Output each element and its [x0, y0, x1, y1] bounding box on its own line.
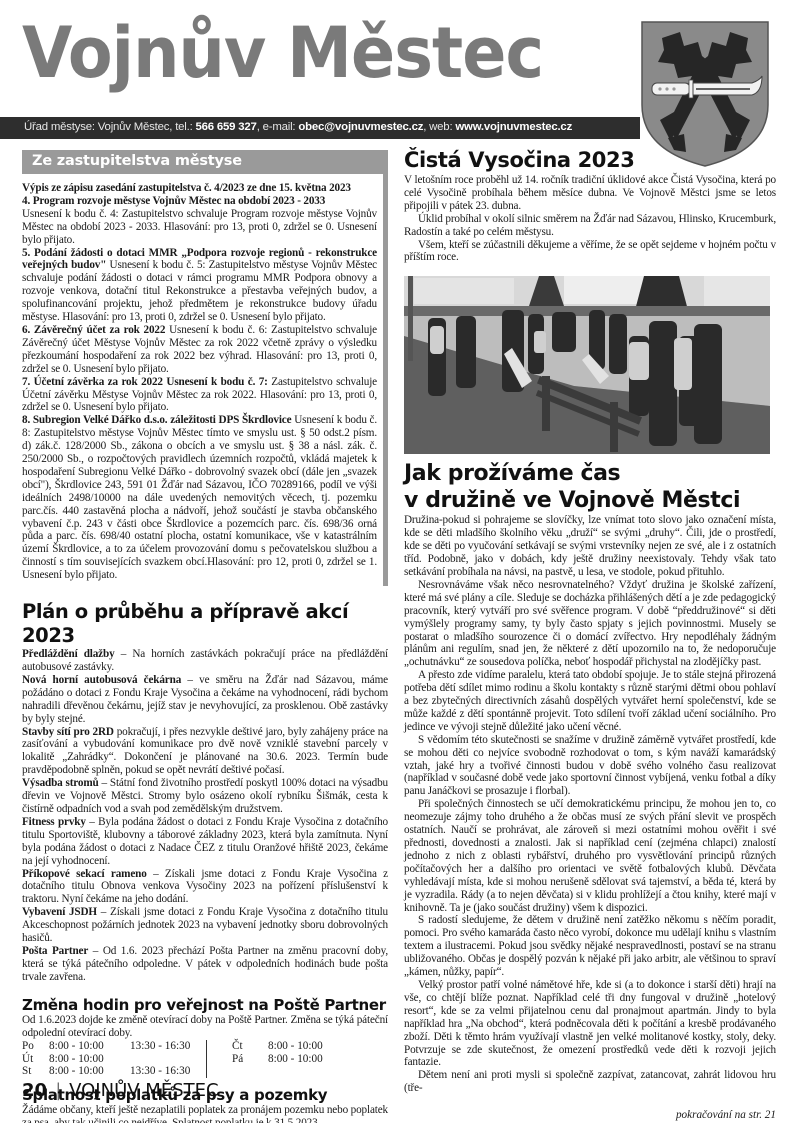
photo-image	[404, 276, 770, 454]
plan-heading: Plán o průběhu a přípravě akcí 2023	[22, 600, 388, 648]
hours-row: Čt8:00 - 10:00	[232, 1040, 323, 1053]
email-link[interactable]: obec@vojnuvmestec.cz	[298, 121, 423, 133]
opening-hours-table: Po8:00 - 10:0013:30 - 16:30 Út8:00 - 10:…	[22, 1040, 388, 1078]
hours-day: Po	[22, 1040, 49, 1053]
plan-item: Vybavení JSDH – Získali jsme dotaci z Fo…	[22, 906, 388, 945]
posta-text: Od 1.6.2023 dojde ke změně otevírací dob…	[22, 1014, 388, 1040]
left-column: Ze zastupitelstva městyse Výpis ze zápis…	[22, 150, 388, 1123]
hours-right: Čt8:00 - 10:00 Pá8:00 - 10:00	[207, 1040, 323, 1078]
druzina-heading-line2: v družině ve Vojnově Městci	[404, 487, 776, 514]
hours-left: Po8:00 - 10:0013:30 - 16:30 Út8:00 - 10:…	[22, 1040, 207, 1078]
hours-row: Út8:00 - 10:00	[22, 1053, 202, 1066]
plan-item-title: Vybavení JSDH	[22, 906, 97, 918]
hours-row: Pá8:00 - 10:00	[232, 1053, 323, 1066]
plan-body: Předláždění dlažby – Na horních zastávká…	[22, 648, 388, 984]
council-body: Výpis ze zápisu zasedání zastupitelstva …	[22, 174, 377, 582]
druzina-heading-line1: Jak prožíváme čas	[404, 460, 776, 487]
council-item: 5. Podání žádosti o dotaci MMR „Podpora …	[22, 247, 377, 324]
council-item: 6. Závěrečný účet za rok 2022 Usnesení k…	[22, 324, 377, 376]
hours-pm: 13:30 - 16:30	[130, 1065, 190, 1078]
hours-am: 8:00 - 10:00	[49, 1040, 118, 1053]
cista-body: V letošním roce proběhl už 14. ročník tr…	[404, 174, 776, 264]
druzina-paragraph: Nesrovnáváme však něco nesrovnatelného? …	[404, 579, 776, 669]
hours-am: 8:00 - 10:00	[268, 1053, 323, 1066]
council-item-title: 8. Subregion Velké Dářko d.s.o. záležito…	[22, 414, 291, 426]
web-link[interactable]: www.vojnuvmestec.cz	[455, 121, 572, 133]
council-item: 7. Účetní závěrka za rok 2022 Usnesení k…	[22, 376, 377, 415]
plan-item: Pošta Partner – Od 1.6. 2023 přechází Po…	[22, 945, 388, 984]
druzina-heading: Jak prožíváme čas v družině ve Vojnově M…	[404, 460, 776, 514]
contact-info-bar: Úřad městyse: Vojnův Městec, tel.: 566 6…	[0, 117, 640, 139]
druzina-paragraph: Družina-pokud si pohrajeme se slovíčky, …	[404, 514, 776, 579]
hours-am: 8:00 - 10:00	[268, 1040, 323, 1053]
cista-paragraph: Všem, kteří se zúčastnili děkujeme a věř…	[404, 239, 776, 265]
druzina-body: Družina-pokud si pohrajeme se slovíčky, …	[404, 514, 776, 1095]
continued-on-page: pokračování na str. 21	[404, 1109, 776, 1121]
plan-item: Nová horní autobusová čekárna – ve směru…	[22, 674, 388, 726]
council-intro: Výpis ze zápisu zasedání zastupitelstva …	[22, 182, 351, 194]
footer-separator: |	[55, 1080, 61, 1101]
hours-day: Út	[22, 1053, 49, 1066]
plan-item-title: Pošta Partner	[22, 945, 88, 957]
druzina-paragraph: S vědomím této skutečnosti se snažíme v …	[404, 734, 776, 799]
council-item-title: 6. Závěrečný účet za rok 2022	[22, 324, 165, 336]
hours-row: St8:00 - 10:0013:30 - 16:30	[22, 1065, 202, 1078]
plan-item: Příkopové sekací rameno – Získali jsme d…	[22, 868, 388, 907]
plan-item: Výsadba stromů – Státní fond životního p…	[22, 777, 388, 816]
plan-item-title: Fitness prvky	[22, 816, 86, 828]
council-item-title: 7. Účetní závěrka za rok 2022 Usnesení k…	[22, 376, 268, 388]
council-item: 8. Subregion Velké Dářko d.s.o. záležito…	[22, 414, 377, 582]
cista-paragraph: Úklid probíhal v okolí silnic směrem na …	[404, 213, 776, 239]
council-item: 4. Program rozvoje městyse Vojnův Městec…	[22, 195, 377, 247]
masthead-title: Vojnův Městec	[22, 18, 543, 88]
info-prefix: Úřad městyse: Vojnův Městec, tel.:	[24, 121, 196, 133]
plan-item-title: Předláždění dlažby	[22, 648, 115, 660]
plan-item-title: Nová horní autobusová čekárna	[22, 674, 181, 686]
fees-text: Žádáme občany, kteří ještě nezaplatili p…	[22, 1104, 388, 1123]
cista-paragraph: V letošním roce proběhl už 14. ročník tr…	[404, 174, 776, 213]
email-label: , e-mail:	[257, 121, 299, 133]
hours-day: Pá	[232, 1053, 268, 1066]
page-footer: 20|VOJNŮV MĚSTEC	[22, 1080, 219, 1101]
posta-heading: Změna hodin pro veřejnost na Poště Partn…	[22, 996, 388, 1014]
druzina-paragraph: S radostí sledujeme, že dětem v družině …	[404, 914, 776, 979]
plan-item: Předláždění dlažby – Na horních zastávká…	[22, 648, 388, 674]
druzina-paragraph: Při společných činnostech se učí demokra…	[404, 798, 776, 914]
council-section: Ze zastupitelstva městyse Výpis ze zápis…	[22, 150, 388, 586]
web-label: , web:	[423, 121, 455, 133]
right-column: Čistá Vysočina 2023 V letošním roce prob…	[404, 146, 776, 1121]
footer-publication-name: VOJNŮV MĚSTEC	[69, 1080, 218, 1101]
plan-item-title: Příkopové sekací rameno	[22, 868, 147, 880]
plan-item: Stavby sítí pro 2RD pokračují, i přes ne…	[22, 726, 388, 778]
council-item-title: 4. Program rozvoje městyse Vojnův Městec…	[22, 195, 325, 207]
phone-number: 566 659 327	[196, 121, 257, 133]
druzina-paragraph: A přesto zde vidíme paralelu, která tato…	[404, 669, 776, 734]
volunteers-photo	[404, 276, 770, 454]
page-number: 20	[22, 1080, 47, 1101]
council-item-text: Usnesení k bodu č. 8: Zastupitelstvo měs…	[22, 414, 377, 581]
plan-item-title: Stavby sítí pro 2RD	[22, 726, 114, 738]
hours-am: 8:00 - 10:00	[49, 1053, 118, 1066]
hours-pm: 13:30 - 16:30	[130, 1040, 190, 1053]
hours-am: 8:00 - 10:00	[49, 1065, 118, 1078]
druzina-paragraph: Velký prostor patří volné námětové hře, …	[404, 979, 776, 1069]
plan-item: Fitness prvky – Byla podána žádost o dot…	[22, 816, 388, 868]
hours-row: Po8:00 - 10:0013:30 - 16:30	[22, 1040, 202, 1053]
druzina-paragraph: Dětem není ani proti mysli si společně z…	[404, 1069, 776, 1095]
hours-day: Čt	[232, 1040, 268, 1053]
plan-item-title: Výsadba stromů	[22, 777, 99, 789]
council-item-text: Usnesení k bodu č. 4: Zastupitelstvo sch…	[22, 208, 377, 246]
cista-heading: Čistá Vysočina 2023	[404, 146, 776, 174]
council-section-header: Ze zastupitelstva městyse	[22, 150, 388, 174]
hours-day: St	[22, 1065, 49, 1078]
